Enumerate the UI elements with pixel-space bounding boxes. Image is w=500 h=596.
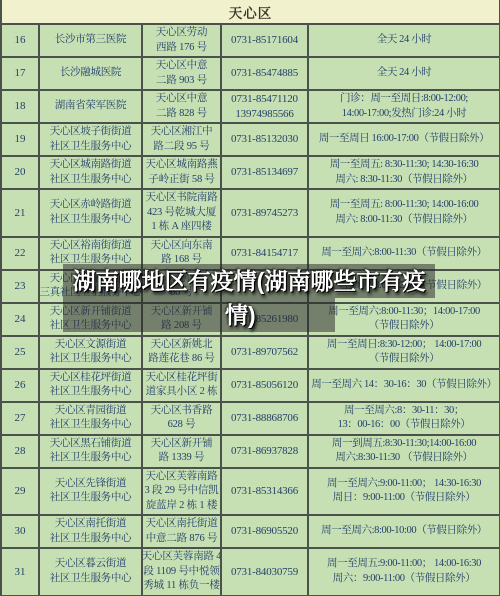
hours-cell-line: 全天 24 小时 <box>377 33 432 48</box>
clinic-table: 天心区 16长沙市第三医院天心区劳动西路 176 号0731-85171604全… <box>0 0 500 596</box>
facility-name-cell-line: 天心区南托街道 <box>55 517 126 532</box>
row-number-cell: 29 <box>2 469 40 515</box>
address-cell-line: 天心区中意 <box>156 92 208 107</box>
hours-cell: 周一至周六:8:00-11:30（节假日除外） <box>309 238 499 269</box>
table-row: 21天心区赤岭路街道社区卫生服务中心天心区书院南路423 号乾城大厦1 栋 A … <box>2 190 499 238</box>
row-number-cell-line: 30 <box>15 524 26 539</box>
facility-name-cell: 湖南省荣军医院 <box>40 91 143 122</box>
address-cell-line: 天心区芙蓉南路 4 <box>143 550 221 565</box>
row-number-cell: 31 <box>2 549 40 595</box>
phone-cell: 0731-85314366 <box>222 469 309 515</box>
phone-cell: 0731-85261980 <box>222 304 309 335</box>
phone-cell-line: 0731-85132030 <box>231 132 298 147</box>
hours-cell: 周一至周六:8：30-11：30；13：00-16：00（节假日除外） <box>309 403 499 434</box>
address-cell-line: 中意二路 876 号 <box>146 532 218 547</box>
phone-cell-line: 0731-85471120 <box>231 92 298 107</box>
row-number-cell-line: 25 <box>15 345 26 360</box>
address-cell-line: 路 208 号 <box>161 319 202 334</box>
row-number-cell: 21 <box>2 190 40 236</box>
facility-name-cell-line: 天心区青园街道 <box>55 404 126 419</box>
row-number-cell: 16 <box>2 25 40 56</box>
facility-name-cell: 天心区暮云街道社区卫生服务中心 <box>40 549 143 595</box>
hours-cell-line: 周六: 8:00-11:30（节假日除外） <box>335 213 472 228</box>
address-cell-line: 628 号 <box>168 418 196 433</box>
phone-cell: 0731-8547112013974985566 <box>222 91 309 122</box>
address-cell-line: 西路 176 号 <box>156 41 207 56</box>
facility-name-cell-line: 社区卫生服务中心 <box>50 213 132 228</box>
row-number-cell: 28 <box>2 436 40 467</box>
facility-name-cell: 长沙融城医院 <box>40 58 143 89</box>
facility-name-cell-line: 天心区新开铺街道 <box>50 305 132 320</box>
hours-cell: 周一至周六:9:00-11:00； 14:30-16:30周日：9:00-11:… <box>309 469 499 515</box>
phone-cell-line: 0731-85171604 <box>231 33 298 48</box>
hours-cell: 周一至周五: 8:30-11:30; 14:30-16:30周六: 8:30-1… <box>309 157 499 188</box>
table-body: 16长沙市第三医院天心区劳动西路 176 号0731-85171604全天 24… <box>2 25 499 596</box>
address-cell-line: 天心区新开铺 <box>151 305 213 320</box>
address-cell: 天心区南托街道中意二路 876 号 <box>143 516 222 547</box>
table-row: 31天心区暮云街道社区卫生服务中心天心区芙蓉南路 4段 1109 号中悦领秀城 … <box>2 549 499 596</box>
phone-cell-line: 0731-89745273 <box>231 206 298 221</box>
address-cell-line: 秀城 11 栋负一楼 <box>143 579 219 594</box>
facility-name-cell: 天心区城南路街道社区卫生服务中心 <box>40 157 143 188</box>
facility-name-cell-line: 社区卫生服务中心 <box>50 352 132 367</box>
hours-cell-line: （节假日除外） <box>369 352 440 367</box>
table-row: 25天心区文源街道社区卫生服务中心天心区新姚北路莲花巷 86 号0731-897… <box>2 337 499 370</box>
hours-cell-line: 周一至周日:8:30-12:00； 14:00-17:00 <box>327 338 481 353</box>
address-cell-line: 3 段 29 号中信凯 <box>145 484 219 499</box>
phone-cell <box>222 271 309 302</box>
row-number-cell-line: 20 <box>15 165 26 180</box>
row-number-cell-line: 24 <box>15 312 26 327</box>
facility-name-cell-line: 三真社区卫生服务中心 <box>40 286 142 301</box>
hours-cell: 周一至周六:8:00-11:30；14:00-17:00（节假日除外） <box>309 304 499 335</box>
address-cell: 天心区新开铺路 1339 号 <box>143 436 222 467</box>
row-number-cell: 18 <box>2 91 40 122</box>
phone-cell: 0731-85056120 <box>222 370 309 401</box>
address-cell-line: 天心区书院南路 <box>145 191 217 206</box>
facility-name-cell-line: 天心区桂花坪街道 <box>50 371 132 386</box>
address-cell-line: 子岭正街 58 号 <box>148 173 214 188</box>
phone-cell: 0731-88868706 <box>222 403 309 434</box>
phone-cell-line: 0731-84154717 <box>231 246 298 261</box>
facility-name-cell-line: 社区卫生服务中心 <box>50 319 132 334</box>
phone-cell-line: 0731-85314366 <box>231 484 298 499</box>
facility-name-cell-line: 社区卫生服务中心 <box>50 491 132 506</box>
phone-cell-line: 0731-84030759 <box>231 565 298 580</box>
hours-cell-line: 周六: 8:30-11:30（节假日除外） <box>335 173 472 188</box>
facility-name-cell: 长沙市第三医院 <box>40 25 143 56</box>
table-row: 16长沙市第三医院天心区劳动西路 176 号0731-85171604全天 24… <box>2 25 499 58</box>
facility-name-cell-line: 天心区赤岭路街道 <box>50 198 132 213</box>
address-cell-line: 二路 903 号 <box>156 74 207 89</box>
facility-name-cell-line: 社区卫生服务中心 <box>50 418 132 433</box>
hours-cell-line: 周六：9:00-11:00（节假日除外） <box>333 572 476 587</box>
hours-cell-line: 周一至周六:8:00-11:30；14:00-17:00 <box>328 305 480 320</box>
table-row: 24天心区新开铺街道社区卫生服务中心天心区新开铺路 208 号0731-8526… <box>2 304 499 337</box>
address-cell: 天心区向东南路 168 号 <box>143 238 222 269</box>
phone-cell: 0731-86937828 <box>222 436 309 467</box>
hours-cell-line: 14:00-17:00;发热门诊:24 小时 <box>342 107 467 122</box>
hours-cell-line: 周一至周五:9:00-11:00； 14:00-16:30 <box>327 557 481 572</box>
table-row: 19天心区坡子街街道社区卫生服务中心天心区湘江中路二段 95 号0731-851… <box>2 124 499 157</box>
hours-cell-line: 周六:8:30-11:30 （节假日除外） <box>335 451 472 466</box>
facility-name-cell: 天心区金盆岭街道三真社区卫生服务中心 <box>40 271 143 302</box>
hours-cell-line: 周一至周六:9:00-11:00； 14:30-16:30 <box>327 477 481 492</box>
hours-cell: 门诊：周一至周日:8:00-12:00;14:00-17:00;发热门诊:24 … <box>309 91 499 122</box>
facility-name-cell: 天心区文源街道社区卫生服务中心 <box>40 337 143 368</box>
phone-cell-line: 0731-86937828 <box>231 444 298 459</box>
hours-cell-line: 周一至周六 14：30-16：30（节假日除外） <box>311 378 497 393</box>
facility-name-cell-line: 天心区文源街道 <box>55 338 126 353</box>
row-number-cell-line: 18 <box>15 99 26 114</box>
hours-cell-line: 13：00-16：00（节假日除外） <box>338 418 471 433</box>
hours-cell: 周一至周日 16:00-17:00（节假日除外） <box>309 124 499 155</box>
phone-cell-line: 0731-86905520 <box>231 524 298 539</box>
address-cell: 天心区中意二路 828 号 <box>143 91 222 122</box>
hours-cell: 周一至周六:8:00-12:00（节假日除外） <box>309 271 499 302</box>
address-cell-line: 天心区中意 <box>156 59 208 74</box>
row-number-cell-line: 21 <box>15 206 26 221</box>
hours-cell-line: 门诊：周一至周日:8:00-12:00; <box>340 92 468 107</box>
row-number-cell-line: 26 <box>15 378 26 393</box>
phone-cell-line: 13974985566 <box>235 107 293 122</box>
facility-name-cell: 天心区坡子街街道社区卫生服务中心 <box>40 124 143 155</box>
row-number-cell-line: 16 <box>15 33 26 48</box>
address-cell-line: 1 栋 A 座四楼 <box>151 220 211 235</box>
facility-name-cell: 天心区先锋街道社区卫生服务中心 <box>40 469 143 515</box>
phone-cell-line: 0731-89707562 <box>231 345 298 360</box>
row-number-cell-line: 22 <box>15 246 26 261</box>
address-cell-line: 段 1109 号中悦领 <box>143 565 219 580</box>
facility-name-cell-line: 社区卫生服务中心 <box>50 385 132 400</box>
table-row: 30天心区南托街道社区卫生服务中心天心区南托街道中意二路 876 号0731-8… <box>2 516 499 549</box>
facility-name-cell-line: 天心区先锋街道 <box>55 477 126 492</box>
row-number-cell: 30 <box>2 516 40 547</box>
hours-cell: 周一至周五:9:00-11:00； 14:00-16:30周六：9:00-11:… <box>309 549 499 595</box>
address-cell-line: 天心区南托街道 <box>145 517 217 532</box>
address-cell-line: 天心区劳动 <box>156 26 208 41</box>
address-cell: 天心区中意二路 903 号 <box>143 58 222 89</box>
row-number-cell: 22 <box>2 238 40 269</box>
facility-name-cell-line: 长沙融城医院 <box>60 66 121 81</box>
row-number-cell: 25 <box>2 337 40 368</box>
address-cell-line: 旋蓝岸 2 栋 1 楼 <box>146 499 217 514</box>
phone-cell: 0731-85171604 <box>222 25 309 56</box>
hours-cell: 周一至周六:8:00-10:00（节假日除外） <box>309 516 499 547</box>
address-cell-line: 路莲花巷 86 号 <box>148 352 214 367</box>
row-number-cell-line: 17 <box>15 66 26 81</box>
row-number-cell-line: 31 <box>15 565 26 580</box>
address-cell-line: 天心区城南路燕 <box>145 158 217 173</box>
address-cell: 天心区书院南路423 号乾城大厦1 栋 A 座四楼 <box>143 190 222 236</box>
table-row: 27天心区青园街道社区卫生服务中心天心区书香路628 号0731-8886870… <box>2 403 499 436</box>
hours-cell: 周一至周五: 8:00-11:30; 14:00-16:00周六: 8:00-1… <box>309 190 499 236</box>
address-cell-line: 道家具小区 2 栋 <box>146 385 218 400</box>
address-cell-line: 路二段 95 号 <box>153 140 209 155</box>
district-title: 天心区 <box>229 2 273 22</box>
phone-cell: 0731-84030759 <box>222 549 309 595</box>
facility-name-cell-line: 社区卫生服务中心 <box>50 140 132 155</box>
phone-cell-line: 0731-85261980 <box>231 312 298 327</box>
hours-cell-line: 周一至周六:8:00-10:00（节假日除外） <box>321 524 487 539</box>
phone-cell-line: 0731-85474885 <box>231 66 298 81</box>
facility-name-cell-line: 社区卫生服务中心 <box>50 253 132 268</box>
facility-name-cell-line: 天心区裕南街街道 <box>50 239 132 254</box>
table-row: 22天心区裕南街街道社区卫生服务中心天心区向东南路 168 号0731-8415… <box>2 238 499 271</box>
facility-name-cell: 天心区黑石铺街道社区卫生服务中心 <box>40 436 143 467</box>
facility-name-cell-line: 天心区金盆岭街道 <box>50 272 132 287</box>
row-number-cell: 20 <box>2 157 40 188</box>
facility-name-cell: 天心区桂花坪街道社区卫生服务中心 <box>40 370 143 401</box>
phone-cell-line: 0731-85056120 <box>231 378 298 393</box>
row-number-cell-line: 29 <box>15 484 26 499</box>
facility-name-cell: 天心区裕南街街道社区卫生服务中心 <box>40 238 143 269</box>
phone-cell: 0731-89707562 <box>222 337 309 368</box>
hours-cell: 全天 24 小时 <box>309 58 499 89</box>
facility-name-cell-line: 社区卫生服务中心 <box>50 451 132 466</box>
facility-name-cell-line: 长沙市第三医院 <box>55 33 126 48</box>
facility-name-cell-line: 社区卫生服务中心 <box>50 532 132 547</box>
district-header: 天心区 <box>2 0 499 25</box>
hours-cell-line: （节假日除外） <box>369 319 440 334</box>
address-cell: 天心区桂花坪街道家具小区 2 栋 <box>143 370 222 401</box>
address-cell-line: 天心区桂花坪街 <box>145 371 217 386</box>
address-cell: 天心区书香路628 号 <box>143 403 222 434</box>
table-row: 28天心区黑石铺街道社区卫生服务中心天心区新开铺路 1339 号0731-869… <box>2 436 499 469</box>
facility-name-cell: 天心区青园街道社区卫生服务中心 <box>40 403 143 434</box>
address-cell: 天心区芙蓉南路3 段 29 号中信凯旋蓝岸 2 栋 1 楼 <box>143 469 222 515</box>
hours-cell: 周一到周五:8:30-11:30;14:00-16:00周六:8:30-11:3… <box>309 436 499 467</box>
table-row: 20天心区城南路街道社区卫生服务中心天心区城南路燕子岭正街 58 号0731-8… <box>2 157 499 190</box>
row-number-cell-line: 23 <box>15 279 26 294</box>
phone-cell: 0731-85134697 <box>222 157 309 188</box>
row-number-cell: 19 <box>2 124 40 155</box>
row-number-cell-line: 28 <box>15 444 26 459</box>
phone-cell: 0731-86905520 <box>222 516 309 547</box>
row-number-cell: 24 <box>2 304 40 335</box>
phone-cell: 0731-84154717 <box>222 238 309 269</box>
address-cell: 天心区劳动西路 176 号 <box>143 25 222 56</box>
hours-cell: 周一至周日:8:30-12:00； 14:00-17:00（节假日除外） <box>309 337 499 368</box>
hours-cell-line: 周一至周五: 8:00-11:30; 14:00-16:00 <box>330 198 479 213</box>
address-cell: 天心区芙蓉南路 4段 1109 号中悦领秀城 11 栋负一楼 <box>143 549 222 595</box>
facility-name-cell: 天心区赤岭路街道社区卫生服务中心 <box>40 190 143 236</box>
facility-name-cell-line: 天心区城南路街道 <box>50 158 132 173</box>
table-row: 23天心区金盆岭街道三真社区卫生服务中心天心区80 号周一至周六:8:00-12… <box>2 271 499 304</box>
address-cell-line: 天心区书香路 <box>151 404 213 419</box>
address-cell-line: 二路 828 号 <box>156 107 207 122</box>
facility-name-cell-line: 湖南省荣军医院 <box>55 99 126 114</box>
address-cell-line: 423 号乾城大厦 <box>147 206 216 221</box>
phone-cell: 0731-85132030 <box>222 124 309 155</box>
address-cell: 天心区湘江中路二段 95 号 <box>143 124 222 155</box>
hours-cell-line: 周一至周六:8:00-11:30（节假日除外） <box>321 246 486 261</box>
row-number-cell-line: 19 <box>15 132 26 147</box>
hours-cell-line: 周一至周六:8:00-12:00（节假日除外） <box>321 279 487 294</box>
address-cell-line: 路 168 号 <box>161 253 202 268</box>
address-cell-line: 天心区 <box>166 272 197 287</box>
facility-name-cell-line: 社区卫生服务中心 <box>50 572 132 587</box>
address-cell-line: 天心区芙蓉南路 <box>145 470 217 485</box>
hours-cell-line: 全天 24 小时 <box>377 66 432 81</box>
hours-cell: 周一至周六 14：30-16：30（节假日除外） <box>309 370 499 401</box>
row-number-cell: 23 <box>2 271 40 302</box>
facility-name-cell: 天心区新开铺街道社区卫生服务中心 <box>40 304 143 335</box>
facility-name-cell-line: 天心区坡子街街道 <box>50 125 132 140</box>
address-cell-line: 天心区新开铺 <box>151 437 213 452</box>
table-screenshot: 天心区 16长沙市第三医院天心区劳动西路 176 号0731-85171604全… <box>0 0 500 596</box>
facility-name-cell-line: 社区卫生服务中心 <box>50 173 132 188</box>
hours-cell-line: 周一到周五:8:30-11:30;14:00-16:00 <box>332 437 476 452</box>
address-cell-line: 路 1339 号 <box>159 451 205 466</box>
address-cell-line: 天心区湘江中 <box>151 125 213 140</box>
hours-cell-line: 周一至周五: 8:30-11:30; 14:30-16:30 <box>330 158 479 173</box>
address-cell: 天心区城南路燕子岭正街 58 号 <box>143 157 222 188</box>
hours-cell-line: 周一至周六:8：30-11：30； <box>344 404 464 419</box>
facility-name-cell-line: 天心区黑石铺街道 <box>50 437 132 452</box>
table-row: 26天心区桂花坪街道社区卫生服务中心天心区桂花坪街道家具小区 2 栋0731-8… <box>2 370 499 403</box>
table-row: 29天心区先锋街道社区卫生服务中心天心区芙蓉南路3 段 29 号中信凯旋蓝岸 2… <box>2 469 499 517</box>
row-number-cell-line: 27 <box>15 411 26 426</box>
phone-cell-line: 0731-88868706 <box>231 411 298 426</box>
hours-cell-line: 周一至周日 16:00-17:00（节假日除外） <box>319 132 489 147</box>
table-row: 17长沙融城医院天心区中意二路 903 号0731-85474885全天 24 … <box>2 58 499 91</box>
phone-cell: 0731-89745273 <box>222 190 309 236</box>
row-number-cell: 17 <box>2 58 40 89</box>
facility-name-cell-line: 天心区暮云街道 <box>55 557 126 572</box>
hours-cell-line: 周日：9:00-11:00（节假日除外） <box>333 491 476 506</box>
address-cell: 天心区80 号 <box>143 271 222 302</box>
phone-cell-line: 0731-85134697 <box>231 165 298 180</box>
address-cell: 天心区新开铺路 208 号 <box>143 304 222 335</box>
phone-cell: 0731-85474885 <box>222 58 309 89</box>
row-number-cell: 26 <box>2 370 40 401</box>
facility-name-cell: 天心区南托街道社区卫生服务中心 <box>40 516 143 547</box>
address-cell-line: 天心区新姚北 <box>151 338 213 353</box>
address-cell: 天心区新姚北路莲花巷 86 号 <box>143 337 222 368</box>
address-cell-line: 天心区向东南 <box>151 239 213 254</box>
address-cell-line: 80 号 <box>170 286 193 301</box>
hours-cell: 全天 24 小时 <box>309 25 499 56</box>
row-number-cell: 27 <box>2 403 40 434</box>
table-row: 18湖南省荣军医院天心区中意二路 828 号0731-8547112013974… <box>2 91 499 124</box>
